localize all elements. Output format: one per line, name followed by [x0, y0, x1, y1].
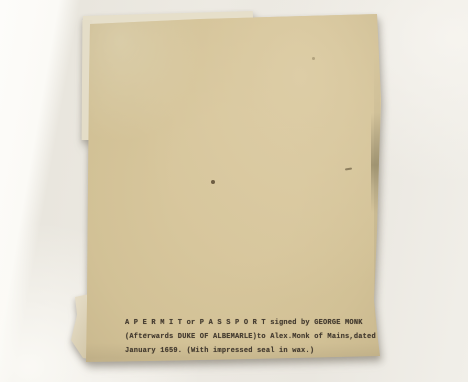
document-sheet: A P E R M I T or P A S S P O R T signed … — [84, 13, 384, 364]
caption-line-3: January 1659. (With impressed seal in wa… — [125, 344, 377, 358]
photo-backdrop: A P E R M I T or P A S S P O R T signed … — [0, 0, 468, 382]
foxing-speck — [345, 168, 352, 171]
typed-caption: A P E R M I T or P A S S P O R T signed … — [125, 316, 377, 358]
caption-line-2: (Afterwards DUKE OF ALBEMARLE)to Alex.Mo… — [125, 330, 377, 344]
caption-line-1: A P E R M I T or P A S S P O R T signed … — [125, 316, 377, 330]
document-photo: A P E R M I T or P A S S P O R T signed … — [0, 0, 468, 382]
foxing-speck — [211, 180, 215, 184]
worn-edge-shading — [374, 53, 380, 333]
foxing-speck — [312, 57, 315, 60]
